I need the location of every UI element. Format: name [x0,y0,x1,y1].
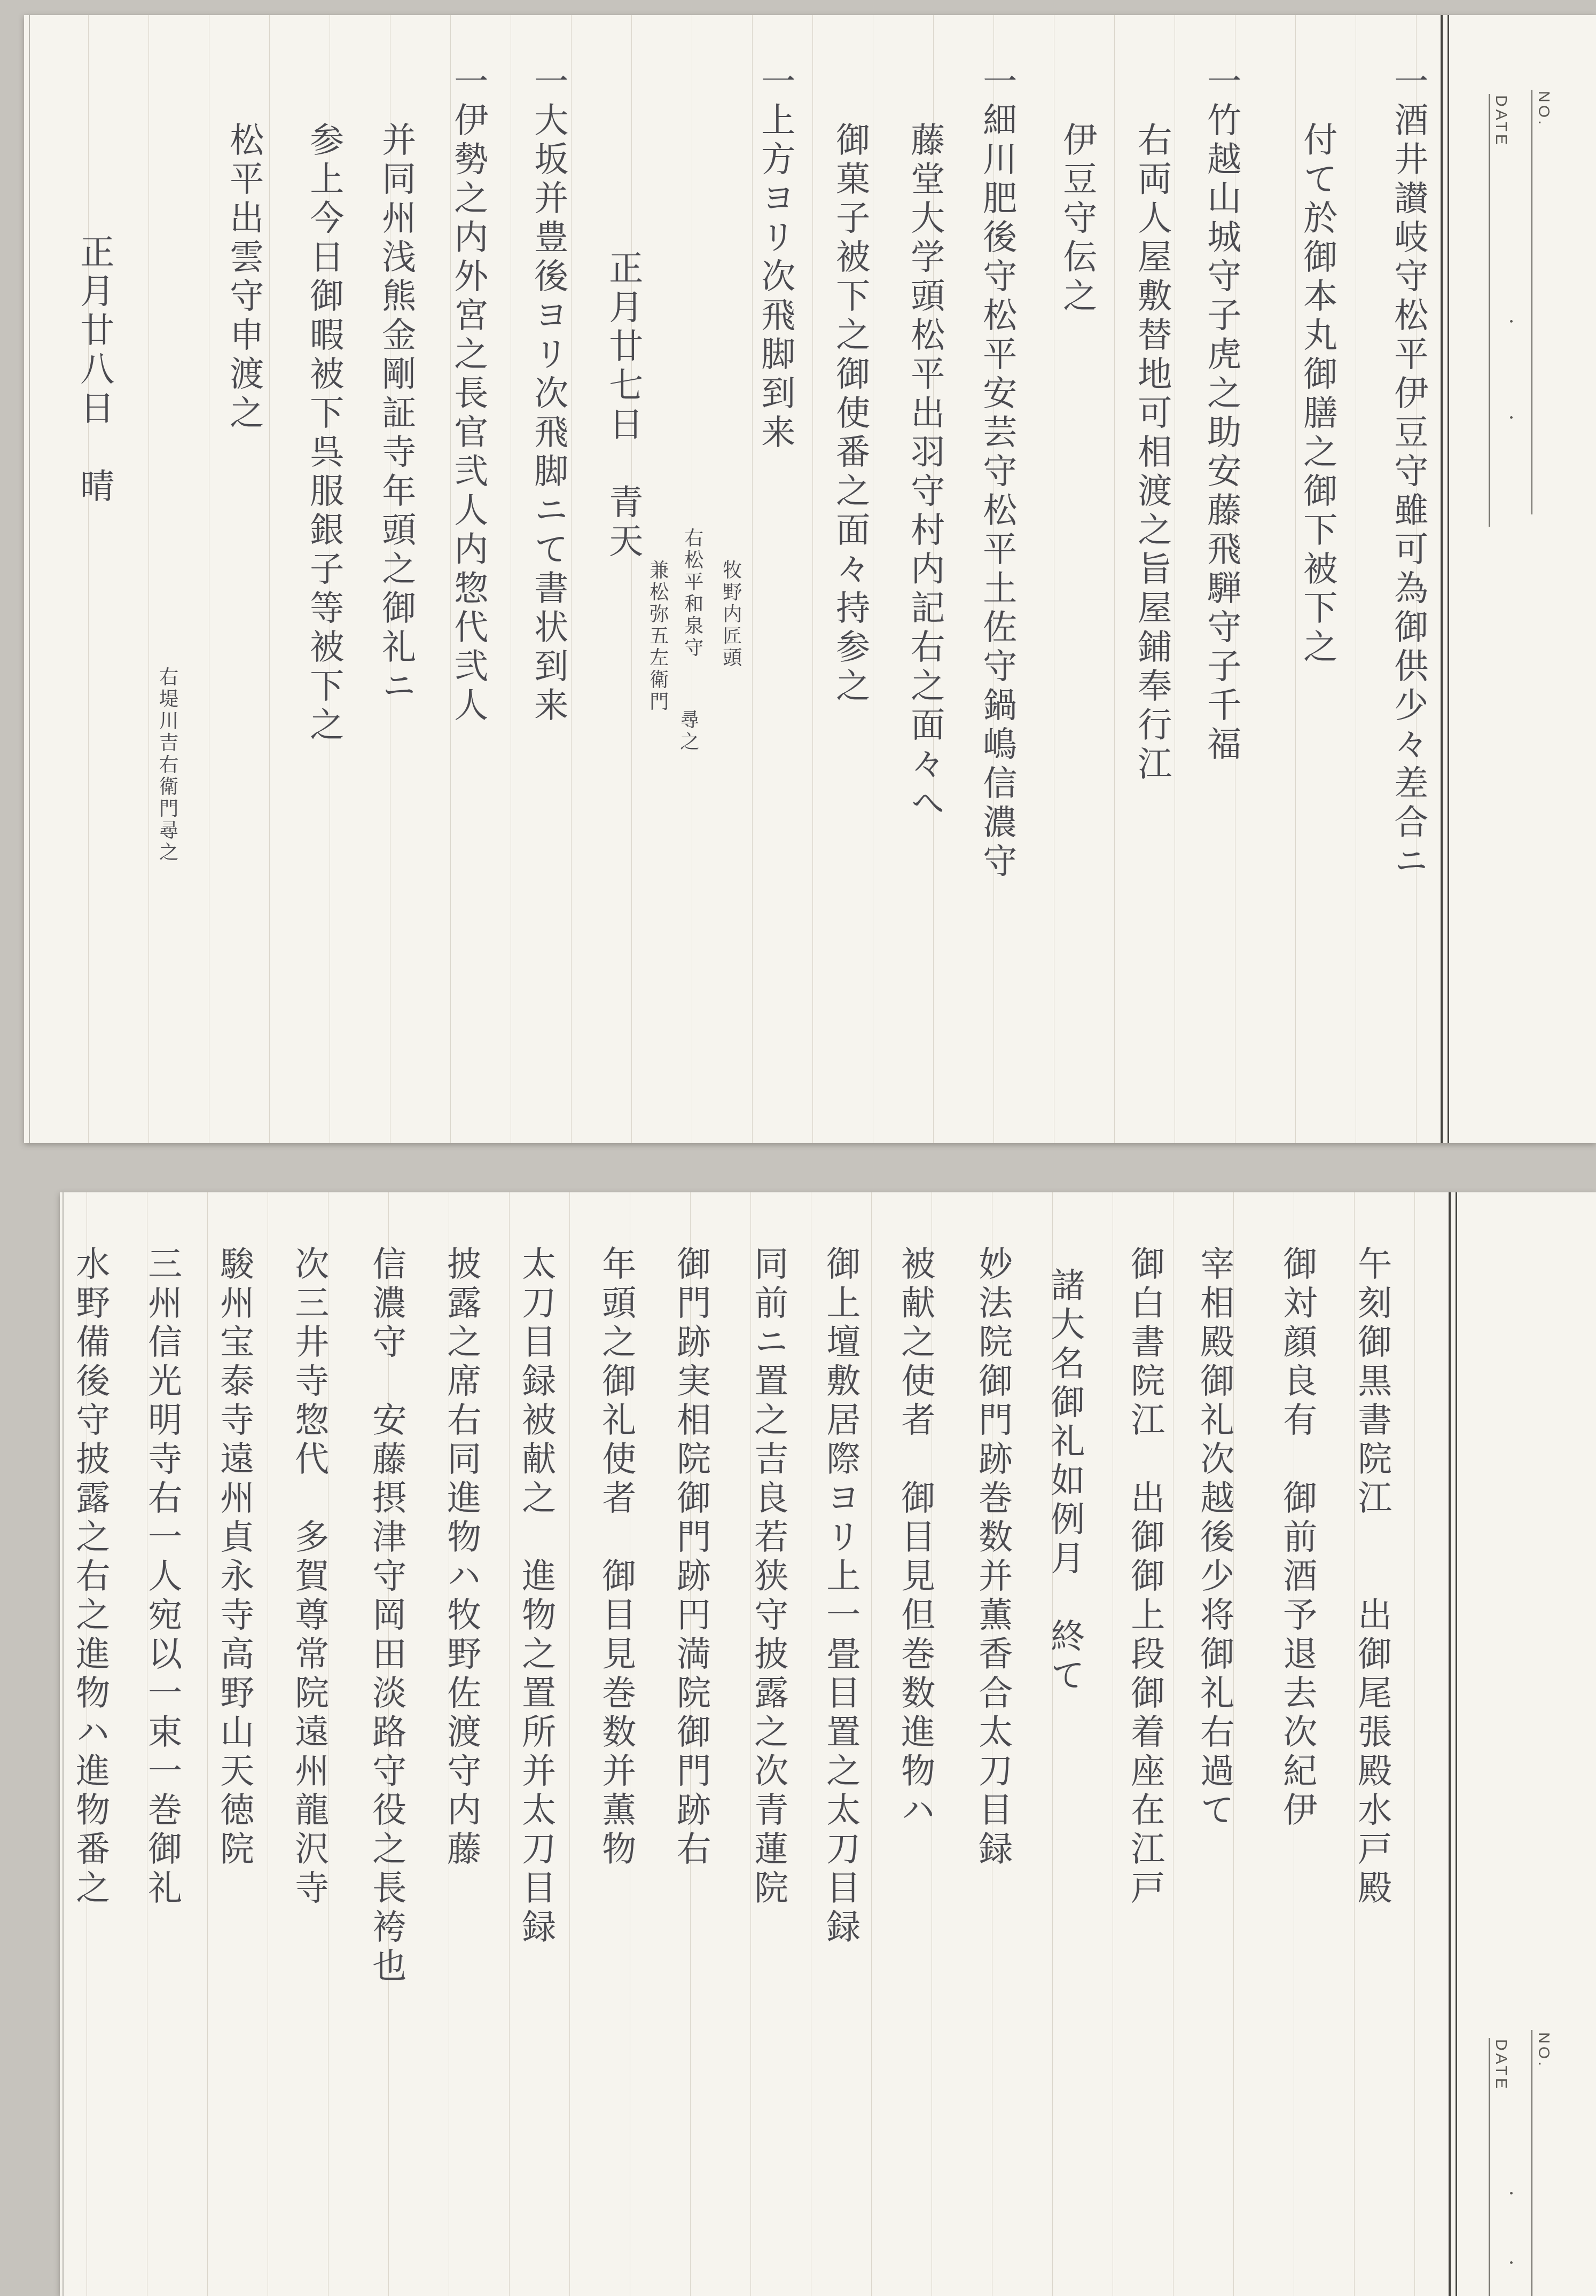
handwritten-column: 右松平和泉守 [682,528,702,659]
handwritten-column: 水野備後守披露之右之進物ハ進物番之 [72,1246,107,1909]
handwritten-column: 御門跡実相院御門跡円満院御門跡右 [672,1246,708,1870]
date-separator-dot: ・ [1500,314,1520,328]
no-label: NO. [1535,91,1553,127]
handwritten-column: 伊豆守伝之 [1059,122,1094,317]
handwritten-column: 一酒井讃岐守松平伊豆守雖可為御供少々差合ニ [1390,63,1426,882]
page-edge-line [62,1192,64,2296]
handwritten-column: 被献之使者 御目見但巻数進物ハ [897,1246,933,1831]
handwritten-column: 御対顔良有 御前酒予退去次紀伊 [1279,1246,1315,1831]
no-label: NO. [1535,2032,1553,2068]
handwritten-column: 一細川肥後守松平安芸守松平土佐守鍋嶋信濃守 [979,63,1014,882]
scanned-notebook-spread: { "margin": { "no_label": "NO.", "date_l… [0,0,1596,2296]
handwritten-column: 一伊勢之内外宮之長官弐人内惣代弐人 [450,63,486,726]
handwritten-column: 一竹越山城守子虎之助安藤飛騨守子千福 [1203,63,1239,765]
handwritten-column: 御白書院江 出御御上段御着座在江戸 [1126,1246,1162,1909]
date-label: DATE [1492,95,1510,147]
date-separator-dot: ・ [1500,2255,1520,2269]
handwritten-column: 駿州宝泰寺遠州貞永寺高野山天徳院 [216,1246,252,1870]
date-fill-line [1489,94,1490,527]
handwritten-column: 参上今日御暇被下呉服銀子等被下之 [306,122,341,746]
date-fill-line [1489,2038,1490,2296]
handwritten-column: 太刀目録被献之 進物之置所并太刀目録 [518,1246,553,1948]
handwritten-column: 藤堂大学頭松平出羽守村内記右之面々へ [906,122,942,824]
handwritten-column: 一上方ヨリ次飛脚到来 [757,63,793,453]
date-separator-dot: ・ [1500,2186,1520,2200]
handwritten-column: 松平出雲守申渡之 [225,122,261,434]
handwritten-column: 諸大名御礼如例月 終て [1046,1267,1082,1696]
handwritten-column: 右両人屋敷替地可相渡之旨屋鋪奉行江 [1133,122,1169,785]
notebook-page-top: NO. DATE ・ ・ 一酒井讃岐守松平伊豆守雖可為御供少々差合ニ付て於御本丸… [24,15,1596,1143]
handwritten-column: 妙法院御門跡巻数并薫香合太刀目録 [974,1246,1010,1870]
handwritten-column: 次三井寺惣代 多賀尊常院遠州龍沢寺 [291,1246,326,1909]
margin-double-rule [1441,15,1449,1143]
margin-double-rule [1449,1192,1457,2296]
date-separator-dot: ・ [1500,410,1520,424]
handwritten-column: 右堤川吉右衛門尋之 [157,667,177,864]
handwritten-column: 同前ニ置之吉良若狭守披露之次青蓮院 [750,1246,786,1909]
handwritten-column: 御上壇敷居際ヨリ上一畳目置之太刀目録 [822,1246,858,1948]
handwritten-column: 午刻御黒書院江 出御尾張殿水戸殿 [1354,1246,1389,1909]
handwritten-column: 付て於御本丸御膳之御下被下之 [1299,122,1335,668]
no-fill-line [1531,2030,1532,2296]
handwritten-column: 并同州浅熊金剛証寺年頭之御礼ニ [378,122,413,707]
handwritten-column: 年頭之御礼使者 御目見巻数并薫物 [598,1246,633,1870]
handwritten-column: 披露之席右同進物ハ牧野佐渡守内藤 [443,1246,479,1870]
handwritten-column: 尋之 [678,709,698,753]
notebook-page-bottom: NO. DATE ・ ・ 午刻御黒書院江 出御尾張殿水戸殿御対顔良有 御前酒予退… [60,1192,1596,2296]
handwritten-column: 御菓子被下之御使番之面々持参之 [832,122,867,707]
handwritten-column: 兼松弥五左衛門 [647,560,668,713]
handwritten-column: 正月廿七日 青天 [605,250,640,562]
date-label: DATE [1492,2039,1510,2091]
no-fill-line [1531,90,1532,514]
handwritten-column: 三州信光明寺右一人宛以一束一巻御礼 [144,1246,179,1909]
handwritten-column: 牧野内匠頭 [721,560,741,669]
handwritten-column: 宰相殿御礼次越後少将御礼右過て [1196,1246,1232,1831]
handwritten-column: 正月廿八日 晴 [76,234,112,507]
page-edge-line [29,15,30,1143]
handwritten-column: 信濃守 安藤摂津守岡田淡路守役之長袴也 [368,1246,404,1987]
handwritten-column: 一大坂并豊後ヨリ次飛脚ニて書状到来 [530,63,566,726]
